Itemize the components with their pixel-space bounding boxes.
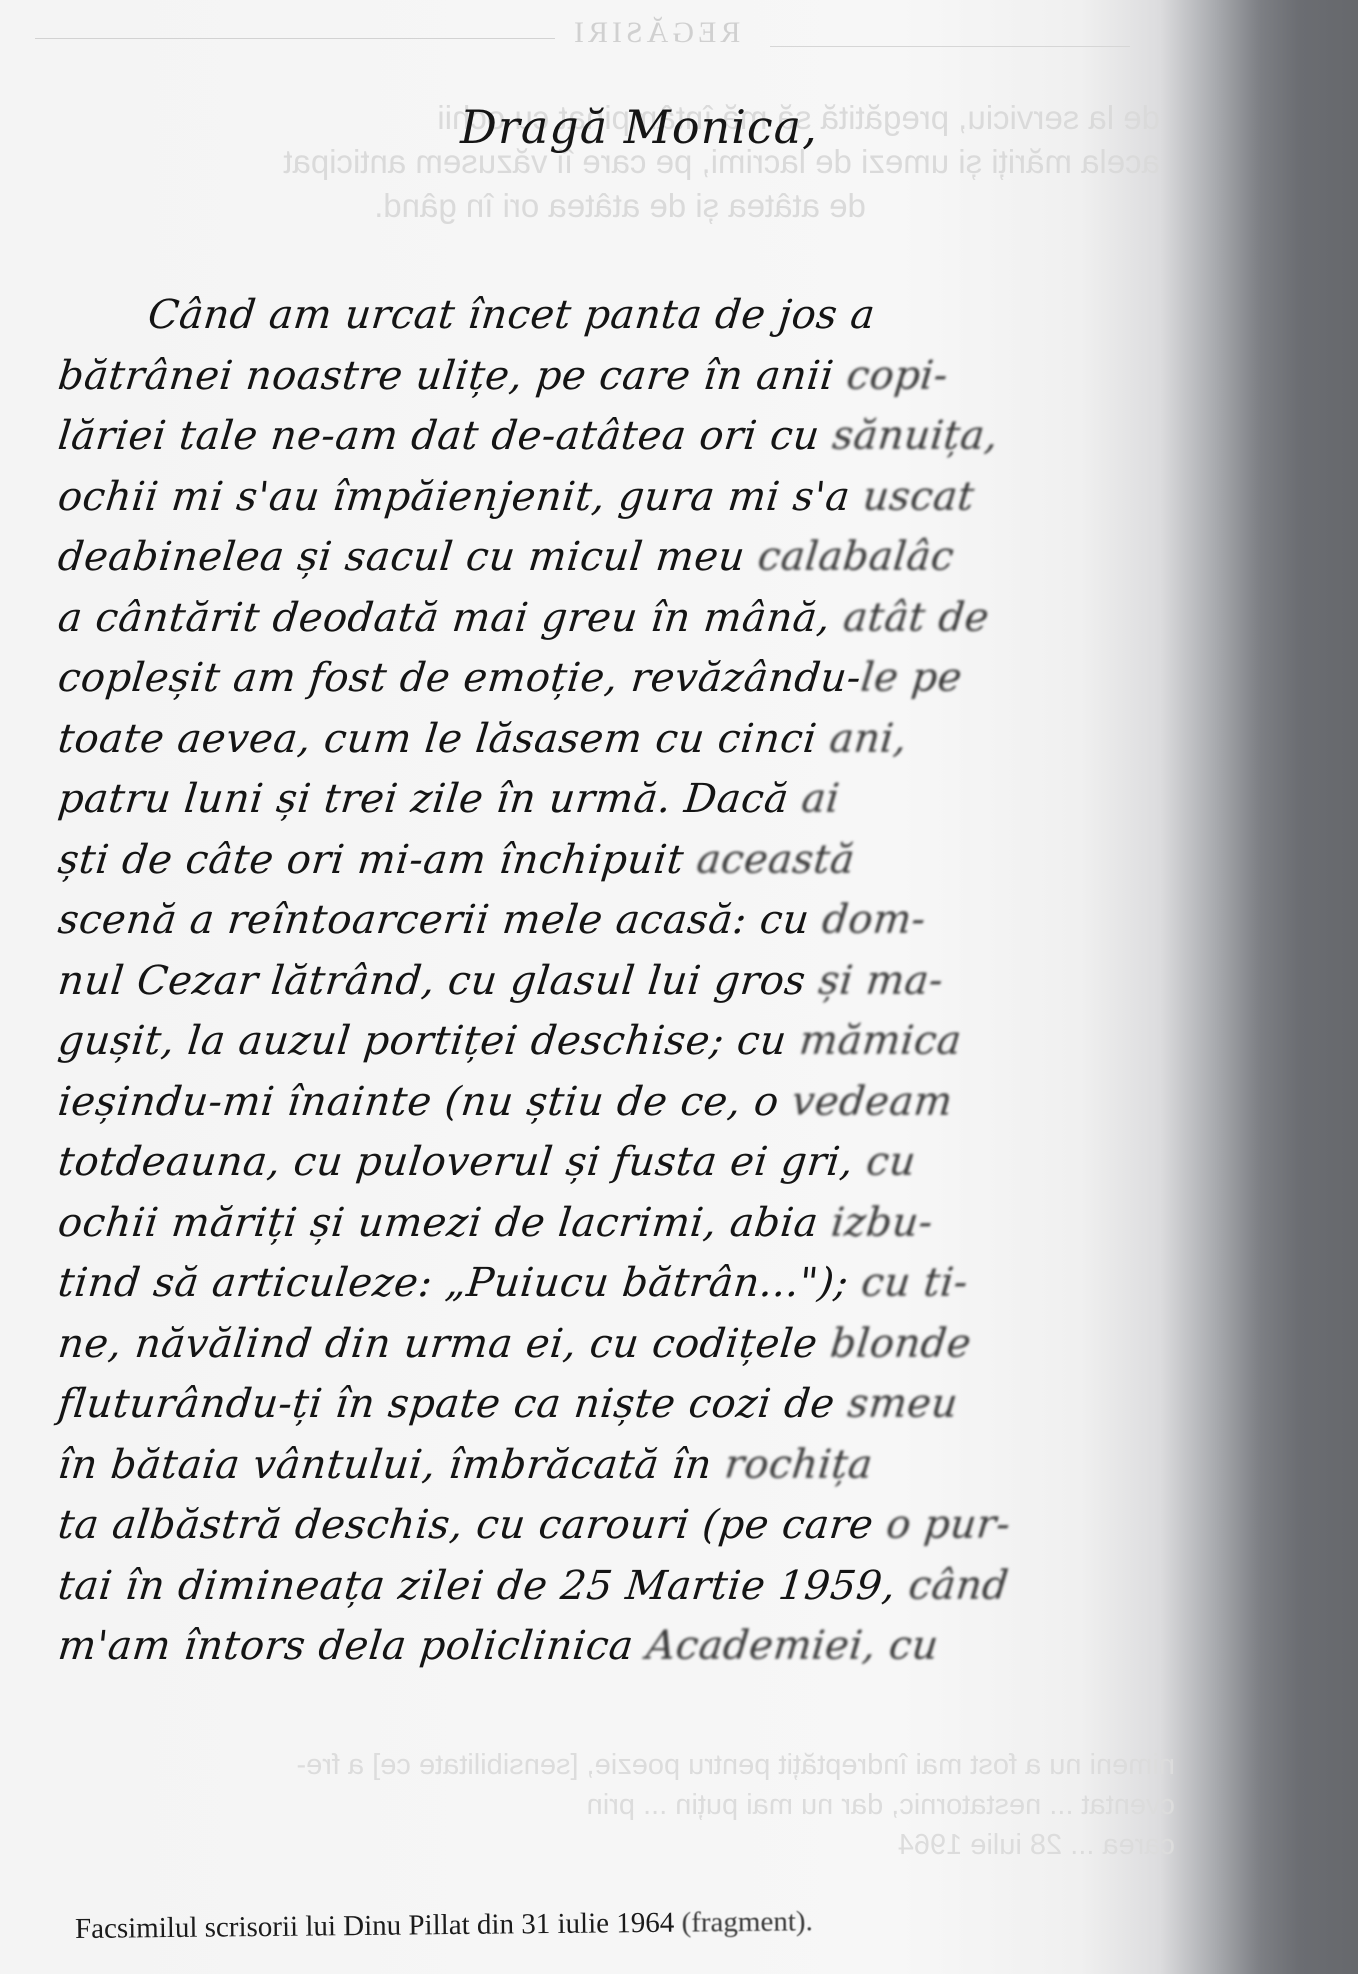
gutter-blurred-text: dom- [820,897,928,943]
letter-line: lăriei tale ne-am dat de-atâtea ori cu s… [55,406,1221,467]
gutter-blurred-text: le pe [859,655,965,701]
letter-line: ochii măriți și umezi de lacrimi, abia i… [55,1193,1221,1254]
header-rule-right [770,46,1130,47]
letter-line: m'am întors dela policlinica Academiei, … [55,1616,1221,1677]
scanned-book-page: REGĂSIRI de la serviciu, pregătită să mă… [0,0,1358,1974]
bleed-line: carea ... 28 iulie 1964 [75,1825,1175,1865]
gutter-blurred-text: ani, [827,716,909,762]
letter-line: totdeauna, cu puloverul și fusta ei gri,… [55,1132,1221,1193]
letter-salutation: Dragă Monica, [460,100,818,154]
letter-line: fluturându-ți în spate ca niște cozi de … [55,1374,1221,1435]
bleed-through-text-bottom: nimeni nu a fost mai îndreptățit pentru … [75,1745,1175,1865]
letter-line: ieșindu-mi înainte (nu știu de ce, o ved… [55,1072,1221,1133]
gutter-blurred-text: blonde [828,1321,973,1367]
letter-line: ști de câte ori mi-am închipuit această [55,830,1221,891]
letter-line: bătrânei noastre ulițe, pe care în anii … [55,346,1221,407]
gutter-blurred-text: rochița [723,1442,875,1488]
letter-line: ne, năvălind din urma ei, cu codițele bl… [55,1314,1221,1375]
letter-line: nul Cezar lătrând, cu glasul lui gros și… [55,951,1221,1012]
gutter-blurred-text: smeu [845,1381,960,1427]
gutter-blurred-text: mămica [797,1018,964,1064]
gutter-blurred-text: uscat [861,474,977,520]
caption-tail: (fragment). [681,1905,813,1938]
gutter-blurred-text: izbu- [829,1200,935,1246]
gutter-blurred-text: această [695,837,858,883]
letter-line: deabinelea și sacul cu micul meu calabal… [55,527,1221,588]
gutter-blurred-text: cu ti- [859,1260,970,1306]
gutter-blurred-text: ai [799,776,841,822]
letter-line: în bătaia vântului, îmbrăcată în rochița [55,1435,1221,1496]
letter-line: gușit, la auzul portiței deschise; cu mă… [55,1011,1221,1072]
gutter-blurred-text: sănuița, [830,413,1000,459]
gutter-blurred-text: atât de [841,595,991,641]
letter-line: ta albăstră deschis, cu carouri (pe care… [55,1495,1221,1556]
letter-line: tind să articuleze: „Puiucu bătrân...");… [55,1253,1221,1314]
gutter-blurred-text: și ma- [816,958,945,1004]
letter-body: Când am urcat încet panta de jos a bătrâ… [55,285,1215,1677]
letter-line: ochii mi s'au împăienjenit, gura mi s'a … [55,467,1221,528]
letter-line: toate aevea, cum le lăsasem cu cinci ani… [55,709,1221,770]
gutter-blurred-text: când [906,1563,1010,1609]
letter-line: tai în dimineața zilei de 25 Martie 1959… [55,1556,1221,1617]
letter-line: patru luni și trei zile în urmă. Dacă ai [55,769,1221,830]
letter-line: a cântărit deodată mai greu în mână, atâ… [55,588,1221,649]
bleed-line: nimeni nu a fost mai îndreptățit pentru … [75,1745,1175,1785]
header-rule-left [35,38,555,39]
letter-line: Când am urcat încet panta de jos a [55,285,1221,346]
bleed-line: de atâtea și de atâtea ori în gând. [80,184,1160,228]
gutter-blurred-text: Academiei, cu [644,1623,941,1669]
caption-text: Facsimilul scrisorii lui Dinu Pillat din… [75,1907,682,1945]
letter-line: copleșit am fost de emoție, revăzându-le… [55,648,1221,709]
gutter-blurred-text: copi- [844,353,950,399]
gutter-blurred-text: calabalâc [756,534,957,580]
figure-caption: Facsimilul scrisorii lui Dinu Pillat din… [75,1905,813,1946]
bleed-line: cventat ... nestatornic, dar nu mai puți… [75,1785,1175,1825]
bleed-through-running-header: REGĂSIRI [0,8,1358,48]
gutter-blurred-text: vedeam [790,1079,955,1125]
gutter-blurred-text: o pur- [884,1502,1013,1548]
running-header-title: REGĂSIRI [570,16,740,50]
letter-line: scenă a reîntoarcerii mele acasă: cu dom… [55,890,1221,951]
gutter-blurred-text: cu [864,1139,918,1185]
